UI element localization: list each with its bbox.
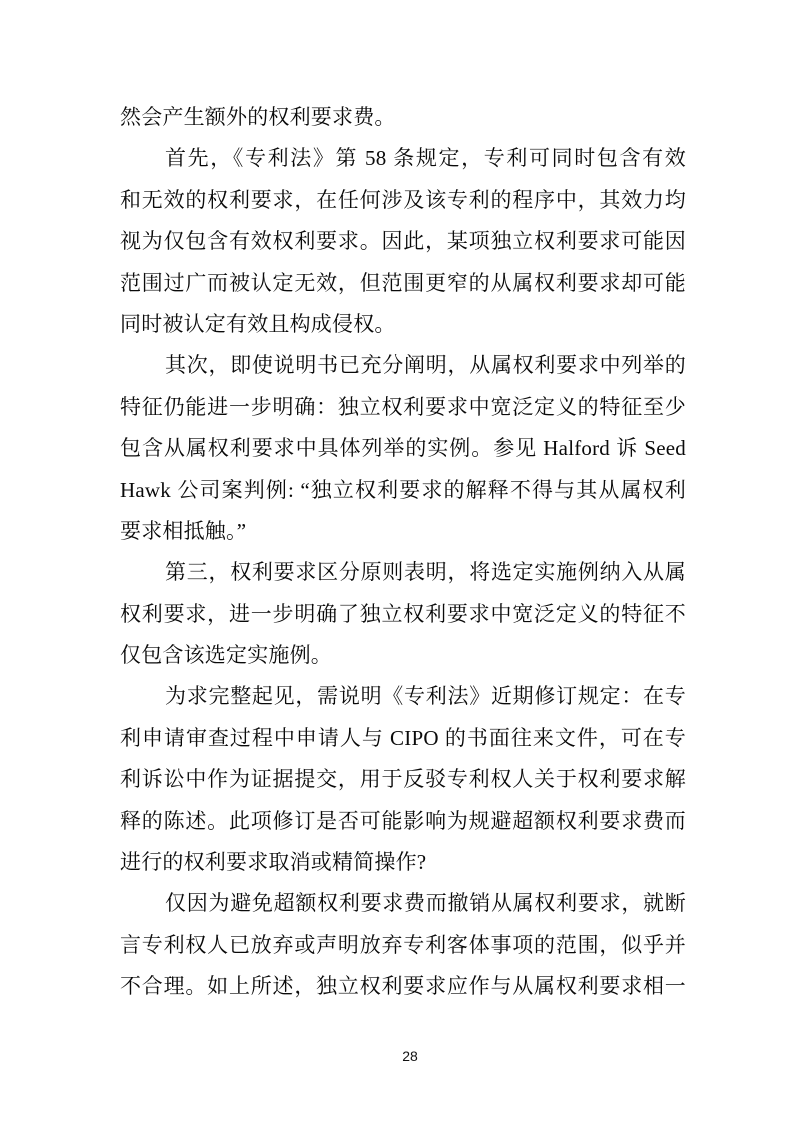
text-line: 视为仅包含有效权利要求。因此，某项独立权利要求可能因 bbox=[120, 221, 686, 262]
text-line: 不合理。如上所述，独立权利要求应作与从属权利要求相一 bbox=[120, 966, 686, 1007]
text-line: 权利要求，进一步明确了独立权利要求中宽泛定义的特征不 bbox=[120, 594, 686, 635]
text-line: 利诉讼中作为证据提交，用于反驳专利权人关于权利要求解 bbox=[120, 759, 686, 800]
document-page: 然会产生额外的权利要求费。首先，《专利法》第 58 条规定，专利可同时包含有效和… bbox=[0, 0, 793, 1122]
text-line: 和无效的权利要求，在任何涉及该专利的程序中，其效力均 bbox=[120, 180, 686, 221]
text-line: 言专利权人已放弃或声明放弃专利客体事项的范围，似乎并 bbox=[120, 925, 686, 966]
page-number: 28 bbox=[127, 1046, 693, 1066]
text-line: 第三，权利要求区分原则表明，将选定实施例纳入从属 bbox=[120, 552, 686, 593]
text-line: 释的陈述。此项修订是否可能影响为规避超额权利要求费而 bbox=[120, 801, 686, 842]
text-line: 然会产生额外的权利要求费。 bbox=[120, 97, 686, 138]
text-line: 为求完整起见，需说明《专利法》近期修订规定：在专 bbox=[120, 676, 686, 717]
text-line: Hawk 公司案判例: “独立权利要求的解释不得与其从属权利 bbox=[120, 470, 686, 511]
text-line: 包含从属权利要求中具体列举的实例。参见 Halford 诉 Seed bbox=[120, 428, 686, 469]
text-line: 其次，即使说明书已充分阐明，从属权利要求中列举的 bbox=[120, 345, 686, 386]
text-line: 首先，《专利法》第 58 条规定，专利可同时包含有效 bbox=[120, 138, 686, 179]
text-line: 进行的权利要求取消或精简操作? bbox=[120, 842, 686, 883]
text-line: 利申请审查过程中申请人与 CIPO 的书面往来文件，可在专 bbox=[120, 718, 686, 759]
text-line: 仅因为避免超额权利要求费而撤销从属权利要求，就断 bbox=[120, 883, 686, 924]
body-text: 然会产生额外的权利要求费。首先，《专利法》第 58 条规定，专利可同时包含有效和… bbox=[120, 97, 686, 1008]
text-line: 要求相抵触。” bbox=[120, 511, 686, 552]
text-line: 范围过广而被认定无效，但范围更窄的从属权利要求却可能 bbox=[120, 263, 686, 304]
text-line: 特征仍能进一步明确：独立权利要求中宽泛定义的特征至少 bbox=[120, 387, 686, 428]
text-line: 同时被认定有效且构成侵权。 bbox=[120, 304, 686, 345]
text-line: 仅包含该选定实施例。 bbox=[120, 635, 686, 676]
